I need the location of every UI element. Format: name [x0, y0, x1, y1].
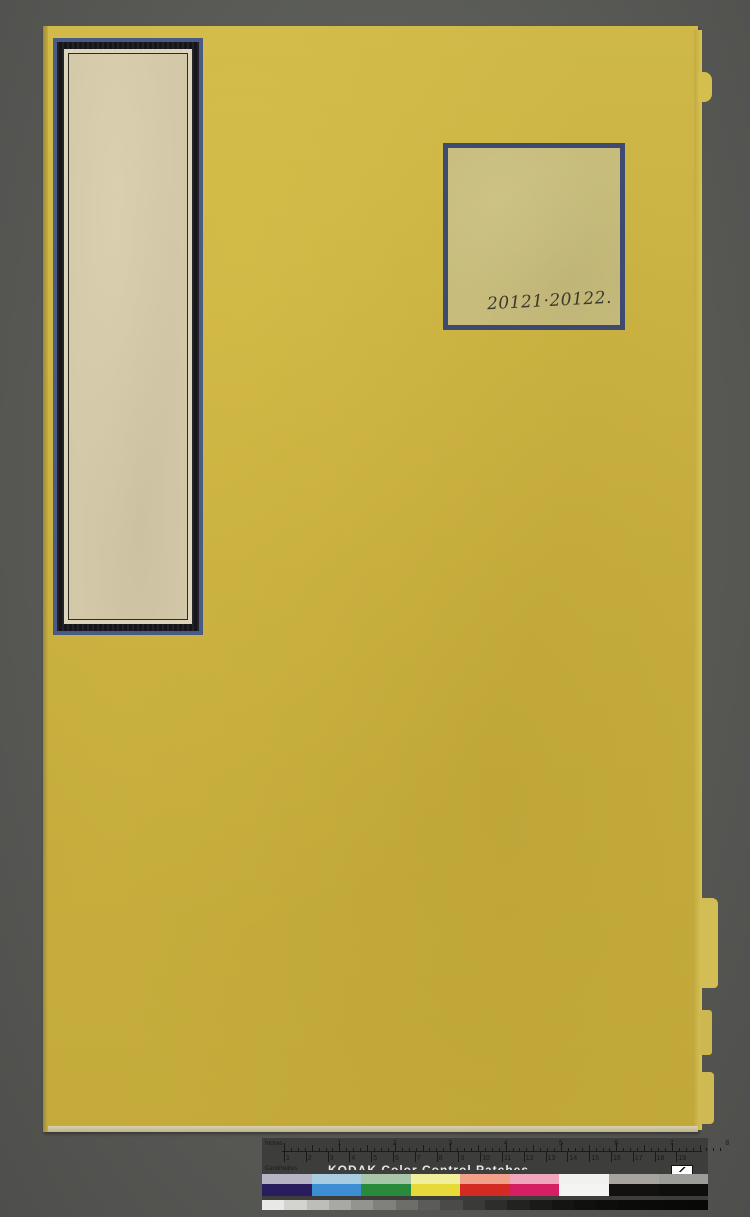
inch-tick [346, 1148, 347, 1151]
inch-tick [395, 1143, 396, 1151]
inch-tick [298, 1148, 299, 1151]
patch-tint [510, 1174, 560, 1184]
inch-tick [568, 1148, 569, 1151]
patch-tint [559, 1174, 609, 1184]
patch-solid [559, 1184, 609, 1196]
gray-step [351, 1200, 373, 1210]
patch-solid [411, 1184, 461, 1196]
centimeters-label: Centimetres [265, 1166, 297, 1172]
inch-tick [513, 1148, 514, 1151]
gray-step [641, 1200, 663, 1210]
gray-step [329, 1200, 351, 1210]
gray-step [463, 1200, 485, 1210]
gray-scale [262, 1200, 708, 1210]
inch-tick [651, 1148, 652, 1151]
color-patch-black [659, 1174, 709, 1200]
patch-tint [312, 1174, 362, 1184]
cm-number: 15 [591, 1155, 599, 1162]
inch-tick [679, 1148, 680, 1151]
inch-tick [533, 1145, 534, 1151]
gray-step [396, 1200, 418, 1210]
cm-tick [676, 1152, 677, 1162]
inch-tick [499, 1148, 500, 1151]
inch-tick [700, 1145, 701, 1151]
color-patch-yellow [411, 1174, 461, 1200]
color-patch-green [361, 1174, 411, 1200]
inch-tick [672, 1143, 673, 1151]
ruler-line [282, 1151, 702, 1152]
cm-tick [306, 1152, 307, 1162]
inch-tick [339, 1143, 340, 1151]
gray-step [507, 1200, 529, 1210]
inch-tick [713, 1148, 714, 1151]
inch-tick [409, 1148, 410, 1151]
patch-tint [659, 1174, 709, 1184]
patch-solid [460, 1184, 510, 1196]
gray-step [440, 1200, 462, 1210]
inches-label: Inches [265, 1141, 283, 1147]
gray-step [686, 1200, 708, 1210]
inch-tick [519, 1148, 520, 1151]
color-patch-3-color [609, 1174, 659, 1200]
inch-tick [665, 1148, 666, 1151]
patch-tint [262, 1174, 312, 1184]
inch-tick [582, 1148, 583, 1151]
cover-tear [700, 1072, 714, 1124]
inch-tick [423, 1145, 424, 1151]
inch-tick [360, 1148, 361, 1151]
inch-tick [630, 1148, 631, 1151]
gray-step [619, 1200, 641, 1210]
gray-step [574, 1200, 596, 1210]
kodak-color-control-strip: Inches 123456789101112131415161718191234… [262, 1138, 708, 1210]
inch-tick [353, 1148, 354, 1151]
cm-number: 17 [635, 1155, 643, 1162]
patch-solid [312, 1184, 362, 1196]
label-slip-paper: 20121·20122. [448, 148, 620, 325]
catalog-number: 20121·20122. [487, 288, 613, 315]
cover-bottom-edge [48, 1126, 698, 1132]
cm-number: 1 [286, 1155, 290, 1162]
inch-tick [540, 1148, 541, 1151]
inch-tick [416, 1148, 417, 1151]
title-slip-frame [68, 53, 188, 620]
inch-tick [312, 1145, 313, 1151]
inch-tick [603, 1148, 604, 1151]
inch-tick [616, 1143, 617, 1151]
cover-tab [698, 72, 712, 102]
inch-tick [284, 1143, 285, 1151]
inch-tick [506, 1143, 507, 1151]
inch-tick [596, 1148, 597, 1151]
gray-step [262, 1200, 284, 1210]
inch-tick [457, 1148, 458, 1151]
gray-step [552, 1200, 574, 1210]
inch-tick [374, 1148, 375, 1151]
cm-tick [546, 1152, 547, 1162]
inch-tick [436, 1148, 437, 1151]
title-slip-paper [64, 49, 192, 624]
inch-tick [686, 1148, 687, 1151]
inch-tick [291, 1148, 292, 1151]
inch-tick [644, 1145, 645, 1151]
inch-tick [720, 1148, 721, 1151]
gray-step [596, 1200, 618, 1210]
color-patch-blue [262, 1174, 312, 1200]
color-patches [262, 1174, 708, 1200]
inch-tick [526, 1148, 527, 1151]
inch-tick [693, 1148, 694, 1151]
cm-number: 19 [678, 1155, 686, 1162]
gray-step [663, 1200, 685, 1210]
inch-tick [443, 1148, 444, 1151]
cm-tick [589, 1152, 590, 1162]
cm-tick [611, 1152, 612, 1162]
cover-spine-edge [43, 26, 48, 1132]
inch-tick [609, 1148, 610, 1151]
inch-tick [402, 1148, 403, 1151]
inch-tick [450, 1143, 451, 1151]
inch-tick [554, 1148, 555, 1151]
inch-tick [478, 1145, 479, 1151]
label-slip: 20121·20122. [443, 143, 625, 330]
inch-tick [623, 1148, 624, 1151]
cm-tick [284, 1152, 285, 1162]
color-patch-magenta [510, 1174, 560, 1200]
patch-tint [460, 1174, 510, 1184]
color-patch-cyan [312, 1174, 362, 1200]
gray-step [485, 1200, 507, 1210]
patch-tint [609, 1174, 659, 1184]
cm-number: 14 [569, 1155, 577, 1162]
cm-number: 13 [548, 1155, 556, 1162]
inch-tick [547, 1148, 548, 1151]
inch-tick [381, 1148, 382, 1151]
inch-tick [305, 1148, 306, 1151]
patch-solid [510, 1184, 560, 1196]
title-slip-border [57, 42, 199, 631]
inch-tick [429, 1148, 430, 1151]
patch-solid [262, 1184, 312, 1196]
cm-tick [567, 1152, 568, 1162]
cm-number: 18 [657, 1155, 665, 1162]
patch-solid [361, 1184, 411, 1196]
inch-tick [471, 1148, 472, 1151]
cover-tear [700, 1010, 712, 1055]
patch-tint [411, 1174, 461, 1184]
inch-tick [589, 1145, 590, 1151]
inch-tick [492, 1148, 493, 1151]
inch-tick [485, 1148, 486, 1151]
inch-tick [637, 1148, 638, 1151]
cm-number: 16 [613, 1155, 621, 1162]
cm-tick [655, 1152, 656, 1162]
gray-step [284, 1200, 306, 1210]
color-patch-white [559, 1174, 609, 1200]
cm-tick [633, 1152, 634, 1162]
kodak-brand-text: KODAK Color Control Patches [328, 1161, 529, 1170]
inch-tick [464, 1148, 465, 1151]
cm-number: 2 [308, 1155, 312, 1162]
gray-step [530, 1200, 552, 1210]
patch-tint [361, 1174, 411, 1184]
inch-tick [319, 1148, 320, 1151]
gray-step [418, 1200, 440, 1210]
inch-tick [561, 1143, 562, 1151]
inch-tick [388, 1148, 389, 1151]
inch-tick [575, 1148, 576, 1151]
inch-tick [326, 1148, 327, 1151]
color-patch-red [460, 1174, 510, 1200]
inch-tick [706, 1148, 707, 1151]
gray-step [307, 1200, 329, 1210]
cover-tear [700, 898, 718, 988]
inch-tick [332, 1148, 333, 1151]
inch-tick [658, 1148, 659, 1151]
patch-solid [659, 1184, 709, 1196]
gray-step [373, 1200, 395, 1210]
inch-tick [367, 1145, 368, 1151]
title-slip [53, 38, 203, 635]
inch-number: 8 [725, 1140, 729, 1147]
patch-solid [609, 1184, 659, 1196]
